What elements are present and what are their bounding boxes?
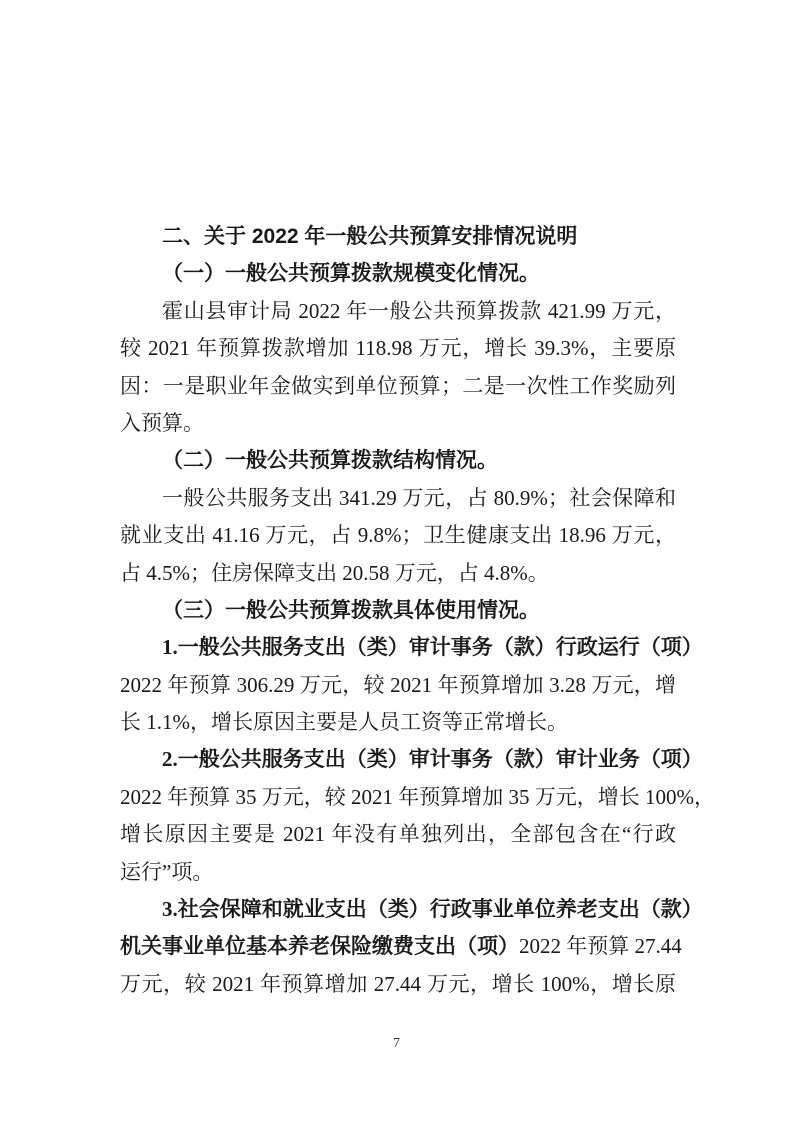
item-2-title-line: 2.一般公共服务支出（类）审计事务（款）审计业务（项） — [120, 741, 676, 778]
section-2-line-2: 就业支出 41.16 万元，占 9.8%；卫生健康支出 18.96 万元， — [120, 517, 676, 554]
item-1-line-1: 2022 年预算 306.29 万元，较 2021 年预算增加 3.28 万元，… — [120, 667, 676, 704]
section-3-heading: （三）一般公共预算拨款具体使用情况。 — [120, 592, 676, 629]
section-1-line-4: 入预算。 — [120, 405, 676, 442]
item-2-line-3: 运行”项。 — [120, 854, 676, 891]
item-3-mixed-line: 机关事业单位基本养老保险缴费支出（项）2022 年预算 27.44 — [120, 928, 676, 965]
section-1-line-3: 因：一是职业年金做实到单位预算；二是一次性工作奖励列 — [120, 368, 676, 405]
page-number: 7 — [0, 1036, 793, 1052]
item-1-title-line: 1.一般公共服务支出（类）审计事务（款）行政运行（项） — [120, 629, 676, 666]
document-body: 二、关于 2022 年一般公共预算安排情况说明 （一）一般公共预算拨款规模变化情… — [120, 218, 676, 1003]
section-1-line-2: 较 2021 年预算拨款增加 118.98 万元，增长 39.3%，主要原 — [120, 330, 676, 367]
document-title: 二、关于 2022 年一般公共预算安排情况说明 — [120, 218, 676, 255]
item-1-line-2: 长 1.1%，增长原因主要是人员工资等正常增长。 — [120, 704, 676, 741]
document-page: 二、关于 2022 年一般公共预算安排情况说明 （一）一般公共预算拨款规模变化情… — [0, 0, 793, 1122]
section-1-line-1: 霍山县审计局 2022 年一般公共预算拨款 421.99 万元， — [120, 293, 676, 330]
section-2-heading: （二）一般公共预算拨款结构情况。 — [120, 442, 676, 479]
section-1-heading: （一）一般公共预算拨款规模变化情况。 — [120, 255, 676, 292]
item-2-line-2: 增长原因主要是 2021 年没有单独列出，全部包含在“行政 — [120, 816, 676, 853]
item-3-title-continuation: 机关事业单位基本养老保险缴费支出（项） — [120, 934, 519, 958]
item-3-title-line: 3.社会保障和就业支出（类）行政事业单位养老支出（款） — [120, 891, 676, 928]
item-2-line-1: 2022 年预算 35 万元，较 2021 年预算增加 35 万元，增长 100… — [120, 779, 676, 816]
item-3-line-1: 万元，较 2021 年预算增加 27.44 万元，增长 100%，增长原 — [120, 966, 676, 1003]
section-2-line-3: 占 4.5%；住房保障支出 20.58 万元，占 4.8%。 — [120, 555, 676, 592]
section-2-line-1: 一般公共服务支出 341.29 万元，占 80.9%；社会保障和 — [120, 480, 676, 517]
item-3-regular-start: 2022 年预算 27.44 — [519, 934, 682, 958]
